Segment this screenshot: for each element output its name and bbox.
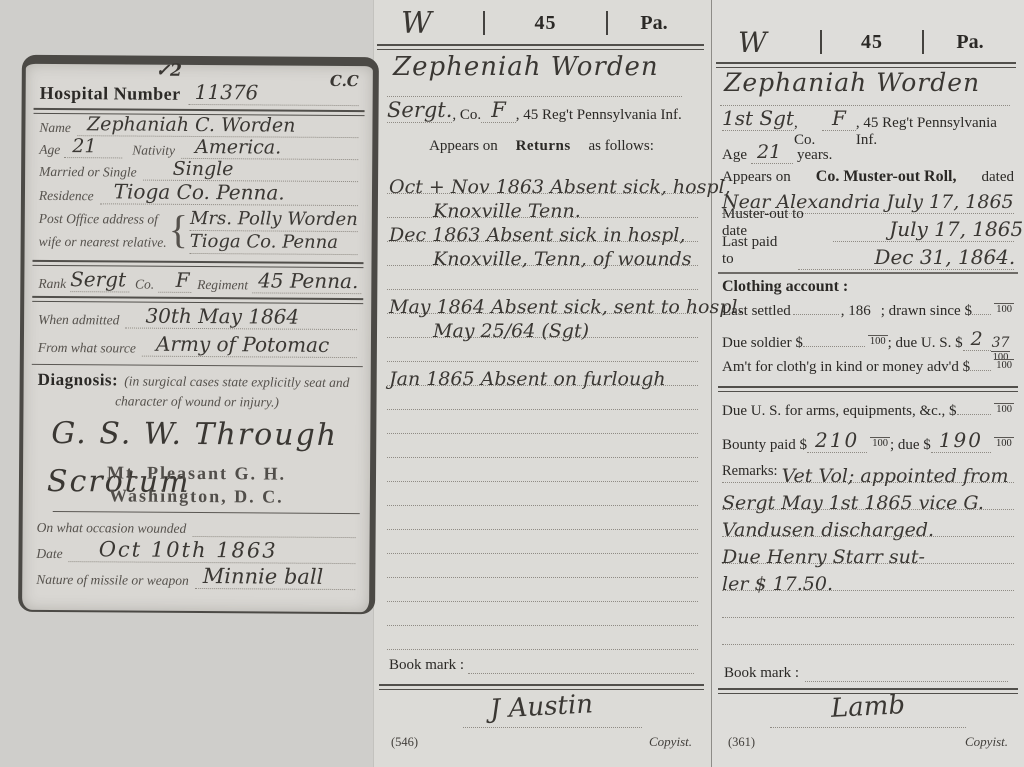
- amt-clothing-label: Am't for cloth'g in kind or money adv'd …: [722, 359, 970, 376]
- soldier-name: Zepheniah Worden: [393, 52, 659, 82]
- due-soldier-label: Due soldier $: [722, 335, 803, 352]
- married-value: Single: [143, 158, 234, 181]
- residence-row: Residence Tioga Co. Penna.: [39, 180, 358, 206]
- remarks-row: Remarks: Vet Vol; appointed from: [722, 456, 1014, 483]
- hospital-number-line: 11376: [189, 80, 359, 106]
- rule: [53, 511, 360, 514]
- last-settled-row: Last settled , 186 ; drawn since $ 100: [722, 302, 1014, 326]
- co-value: F: [822, 106, 856, 131]
- blank-rule: [722, 591, 1014, 618]
- co-label: , Co.: [452, 107, 481, 124]
- rank-line: Sergt. , Co. F , 45 Reg't Pennsylvania I…: [387, 100, 702, 128]
- hospital-stamp-line-2: Washington, D. C.: [23, 485, 370, 508]
- post-office-values: Mrs. Polly Worden Tioga Co. Penna: [190, 208, 358, 255]
- copyist-label: Copyist.: [649, 734, 692, 750]
- muster-out-value: July 17, 1865: [833, 217, 1023, 241]
- muster-header: W 45 Pa.: [720, 24, 1016, 60]
- missile-label: Nature of missile or weapon: [36, 572, 189, 589]
- diagnosis-heading-row: Diagnosis: (in surgical cases state expl…: [38, 370, 361, 394]
- returns-card: W 45 Pa. Zepheniah Worden Sergt. , Co. F…: [375, 0, 708, 767]
- residence-value: Tioga Co. Penna.: [100, 179, 285, 204]
- residence-label: Residence: [39, 188, 94, 204]
- card-number: (546): [391, 735, 418, 750]
- diagnosis-label: Diagnosis:: [38, 370, 119, 391]
- blank-rule: [387, 602, 698, 626]
- remarks-row: ler $ 17.50.: [722, 564, 1014, 591]
- book-mark-label: Book mark :: [389, 657, 464, 674]
- card-number: (361): [728, 735, 755, 750]
- rank-line: Sergt: [70, 267, 129, 292]
- married-label: Married or Single: [39, 164, 137, 181]
- cents-denominator: 100: [870, 437, 890, 450]
- leader: [803, 334, 865, 347]
- source-line: Army of Potomac: [142, 332, 357, 359]
- diagnosis-note-1: (in surgical cases state explicitly seat…: [124, 373, 349, 391]
- blank-rule: [387, 434, 698, 458]
- muster-out-line: July 17, 1865: [833, 217, 1014, 242]
- leader: [972, 302, 991, 315]
- missile-value: Minnie ball: [195, 564, 324, 589]
- remarks-row: Due Henry Starr sut-: [722, 537, 1014, 564]
- admitted-row: When admitted 30th May 1864: [38, 302, 357, 330]
- remarks-row: Vandusen discharged.: [722, 510, 1014, 537]
- appears-prefix: Appears on: [722, 169, 791, 186]
- cents-denominator: 100: [994, 437, 1014, 450]
- married-row: Married or Single Single: [39, 158, 358, 182]
- name-underline: [387, 96, 682, 97]
- amt-clothing-row: Am't for cloth'g in kind or money adv'd …: [722, 358, 1014, 382]
- remarks-label: Remarks:: [722, 463, 778, 480]
- entry-row: Oct + Nov 1863 Absent sick, hospl,: [387, 170, 698, 194]
- blank-rule: [387, 626, 698, 650]
- nativity-line: America.: [181, 136, 358, 160]
- occasion-label: On what occasion wounded: [37, 520, 187, 537]
- card-footer: (361) Copyist.: [728, 730, 1008, 750]
- post-office-value-line-2: Tioga Co. Penna: [190, 231, 358, 255]
- appears-emphasis: Co. Muster-out Roll,: [816, 168, 957, 186]
- cents-denominator: 100: [994, 303, 1014, 316]
- cents-denominator: 100: [994, 403, 1014, 416]
- copyist-label: Copyist.: [965, 734, 1008, 750]
- last-paid-value: Dec 31, 1864.: [798, 245, 1015, 269]
- company-line: F: [158, 268, 191, 293]
- returns-entries: Oct + Nov 1863 Absent sick, hospl, Knoxv…: [387, 170, 698, 650]
- age-value: 21: [751, 141, 781, 163]
- rank-value: Sergt: [70, 267, 126, 291]
- rule: [32, 364, 363, 367]
- co-value: F: [481, 98, 516, 123]
- entry-row: Jan 1865 Absent on furlough: [387, 362, 698, 386]
- bounty-paid-value: 210: [807, 428, 867, 453]
- source-value: Army of Potomac: [142, 332, 329, 357]
- header-state: Pa.: [924, 31, 1016, 54]
- age-value: 21: [64, 135, 96, 157]
- due-us-whole: 2: [963, 328, 991, 351]
- header-state: Pa.: [608, 12, 700, 35]
- post-office-label: Post Office address of wife or nearest r…: [39, 207, 169, 254]
- due-us-arms-label: Due U. S. for arms, equipments, &c., $: [722, 403, 957, 420]
- age-label: Age: [722, 147, 747, 164]
- signature-underline: [463, 727, 642, 728]
- entry-row: Dec 1863 Absent sick in hospl,: [387, 218, 698, 242]
- company-value: F: [160, 268, 190, 292]
- source-label: From what source: [38, 340, 136, 357]
- last-settled-label: Last settled: [722, 303, 791, 320]
- post-office-value-1: Mrs. Polly Worden: [190, 208, 358, 230]
- age-label: Age: [39, 142, 60, 158]
- rule: [718, 386, 1018, 392]
- source-row: From what source Army of Potomac: [38, 330, 357, 358]
- book-mark-row: Book mark :: [724, 660, 1008, 682]
- date-wounded-label: Date: [36, 546, 62, 562]
- age-nativity-row: Age 21 Nativity America.: [39, 134, 358, 160]
- blank-rule: [387, 482, 698, 506]
- due-us-frac-numerator: 37: [992, 336, 1010, 350]
- age-line: 21: [64, 135, 122, 158]
- cents-denominator: 100: [868, 335, 888, 348]
- admitted-line: 30th May 1864: [125, 303, 357, 330]
- leader: [793, 302, 839, 315]
- copyist-signature: J Austin: [374, 683, 708, 730]
- residence-line: Tioga Co. Penna.: [100, 179, 358, 206]
- post-office-value-line-1: Mrs. Polly Worden: [190, 208, 358, 232]
- returns-header: W 45 Pa.: [383, 4, 700, 42]
- blank-rule: [387, 266, 698, 290]
- due-soldier-row: Due soldier $ 100 ; due U. S. $ 2 37 100: [722, 330, 1014, 354]
- rank-value: 1st Sgt: [722, 106, 794, 131]
- regiment-value: 45 Penna.: [252, 268, 358, 293]
- entry-row: Knoxville Tenn.: [387, 194, 698, 218]
- blank-rule: [387, 338, 698, 362]
- post-office-label-1: Post Office address of: [39, 211, 158, 227]
- blank-rule: [387, 554, 698, 578]
- diagnosis-note-2: character of wound or injury.): [115, 393, 279, 409]
- date-wounded-value: Oct 10th 1863: [69, 537, 278, 562]
- header-regiment: 45: [822, 31, 922, 54]
- remarks-row: Sergt May 1st 1865 vice G.: [722, 483, 1014, 510]
- last-settled-mid: , 186: [841, 303, 871, 320]
- rank-row: Rank Sergt Co. F Regiment 45 Penna.: [38, 266, 361, 294]
- nativity-label: Nativity: [132, 143, 175, 159]
- blank-rule: [387, 410, 698, 434]
- header-letter: W: [383, 6, 483, 41]
- card-footer: (546) Copyist.: [391, 730, 692, 750]
- book-mark-line: [468, 673, 694, 674]
- header-regiment: 45: [485, 12, 606, 35]
- last-paid-row: Last paid to Dec 31, 1864.: [722, 242, 1014, 270]
- admitted-value: 30th May 1864: [125, 303, 299, 328]
- date-wounded-line: Oct 10th 1863: [69, 537, 356, 564]
- regiment-line: 45 Penna.: [252, 268, 361, 294]
- appears-suffix: as follows:: [588, 138, 653, 154]
- entry-row: May 25/64 (Sgt): [387, 314, 698, 338]
- entry-row: May 1864 Absent sick, sent to hospl.: [387, 290, 698, 314]
- admitted-label: When admitted: [38, 312, 119, 329]
- blank-rule: [387, 458, 698, 482]
- rank-label: Rank: [38, 276, 66, 292]
- rank-value: Sergt.: [387, 98, 452, 123]
- last-paid-label: Last paid to: [722, 234, 792, 268]
- hospital-number-label: Hospital Number: [40, 83, 181, 105]
- post-office-row: Post Office address of wife or nearest r…: [39, 206, 358, 256]
- missile-line: Minnie ball: [195, 564, 356, 590]
- appears-on-line: Appears on Returns as follows:: [375, 138, 708, 155]
- document-scan: ✓2 C.C Hospital Number 11376 Name Zephan…: [0, 0, 1024, 767]
- name-value: Zephaniah C. Worden: [77, 113, 296, 137]
- appears-on-line: Appears on Co. Muster-out Roll, dated: [722, 168, 1014, 186]
- company-label: Co.: [135, 277, 154, 293]
- hospital-stamp-line-1: Mt. Pleasant G. H.: [23, 462, 370, 485]
- entry-row: Knoxville, Tenn, of wounds: [387, 242, 698, 266]
- soldier-name: Zephaniah Worden: [724, 68, 980, 97]
- book-mark-line: [805, 681, 1008, 682]
- leader: [970, 358, 991, 371]
- appears-suffix: dated: [982, 169, 1014, 186]
- diagnosis-note-2-wrap: character of wound or injury.): [23, 392, 370, 412]
- hospital-number-value: 11376: [189, 80, 259, 104]
- cents-denominator: 100: [994, 359, 1014, 372]
- hospital-number-row: Hospital Number 11376: [40, 78, 359, 106]
- bounty-mid: ; due $: [890, 437, 931, 454]
- occasion-row: On what occasion wounded: [37, 516, 356, 538]
- bounty-label: Bounty paid $: [722, 437, 807, 454]
- diagnosis-value-1: G. S. W. Through: [51, 416, 338, 453]
- hospital-record-card: ✓2 C.C Hospital Number 11376 Name Zephan…: [18, 55, 379, 614]
- book-mark-label: Book mark :: [724, 665, 799, 682]
- header-letter: W: [720, 26, 820, 59]
- missile-row: Nature of missile or weapon Minnie ball: [36, 562, 355, 590]
- regiment-line-text: , 45 Reg't Pennsylvania Inf.: [516, 107, 682, 124]
- blank-rule: [722, 618, 1014, 645]
- rule: [377, 44, 704, 50]
- rank-line: 1st Sgt , Co. F , 45 Reg't Pennsylvania …: [722, 108, 1018, 136]
- remarks-block: Remarks: Vet Vol; appointed from Sergt M…: [722, 456, 1014, 645]
- blank-rule: [387, 530, 698, 554]
- appears-emphasis: Returns: [516, 138, 571, 154]
- rule: [718, 272, 1018, 274]
- nativity-value: America.: [181, 136, 281, 159]
- brace-glyph: {: [169, 205, 189, 252]
- date-wounded-row: Date Oct 10th 1863: [36, 536, 355, 564]
- due-us-arms-row: Due U. S. for arms, equipments, &c., $ 1…: [722, 402, 1014, 426]
- regiment-label: Regiment: [197, 277, 248, 293]
- leader: [957, 402, 992, 415]
- appears-prefix: Appears on: [429, 138, 498, 154]
- signature-underline: [770, 727, 966, 728]
- bounty-row: Bounty paid $ 210 100 ; due $ 190 100: [722, 430, 1014, 456]
- due-soldier-mid: ; due U. S. $: [888, 335, 963, 352]
- age-suffix: years.: [797, 147, 832, 164]
- last-settled-mid2: ; drawn since $: [881, 303, 972, 320]
- blank-rule: [387, 386, 698, 410]
- blank-rule: [387, 506, 698, 530]
- post-office-label-2: wife or nearest relative.: [39, 234, 167, 250]
- book-mark-row: Book mark :: [389, 652, 694, 674]
- clothing-heading: Clothing account :: [722, 278, 848, 296]
- post-office-value-2: Tioga Co. Penna: [190, 231, 338, 253]
- bounty-due-value: 190: [931, 428, 991, 453]
- muster-out-card: W 45 Pa. Zephaniah Worden 1st Sgt , Co. …: [714, 0, 1022, 767]
- married-line: Single: [143, 158, 359, 183]
- last-paid-line: Dec 31, 1864.: [798, 245, 1014, 270]
- age-row: Age 21 years.: [722, 140, 912, 164]
- blank-rule: [387, 578, 698, 602]
- age-line: 21: [751, 141, 793, 164]
